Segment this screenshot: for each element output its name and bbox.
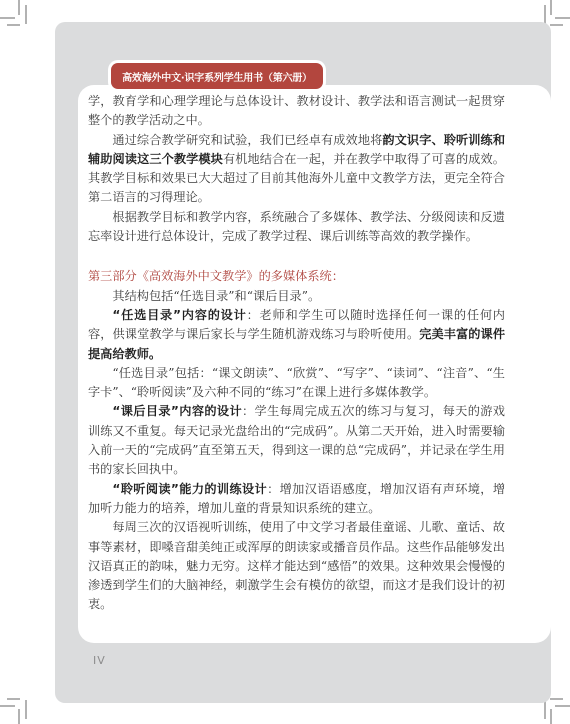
page-body-text: 学，教育学和心理学理论与总体设计、教材设计、教学法和语言测试一起贯穿整个的教学活…: [88, 92, 505, 615]
crop-mark-line: [550, 0, 552, 15]
paragraph: 其结构包括“任选目录”和“课后目录”。: [88, 287, 505, 306]
bold-text-segment: “课后目录”内容的设计: [112, 404, 242, 418]
crop-mark-line: [555, 705, 570, 707]
text-segment: 通过综合教学研究和试验，我们已经卓有成效地将: [112, 133, 382, 147]
crop-mark-line: [7, 24, 20, 26]
paragraph: “课后目录”内容的设计：学生每周完成五次的练习与复习，每天的游戏训练又不重复。每…: [88, 402, 505, 479]
text-segment: 学，教育学和心理学理论与总体设计、教材设计、教学法和语言测试一起贯穿整个的教学活…: [88, 94, 505, 127]
crop-mark-line: [18, 709, 20, 724]
page-number: IV: [93, 654, 106, 667]
text-segment: 根据教学目标和教学内容，系统融合了多媒体、教学法、分级阅读和反遗忘率设计进行总体…: [88, 210, 505, 243]
paragraph: “聆听阅读”能力的训练设计：增加汉语语感度，增加汉语有声环境，增加听力能力的培养…: [88, 480, 505, 519]
section-heading-paragraph: 第三部分《高效海外中文教学》的多媒体系统：: [88, 267, 505, 286]
crop-mark-line: [25, 5, 27, 24]
red-heading-text: 第三部分《高效海外中文教学》的多媒体系统：: [88, 269, 344, 283]
crop-mark-line: [7, 698, 20, 700]
series-banner-label: 高效海外中文·识字系列学生用书（第六册）: [122, 69, 312, 84]
crop-mark-line: [18, 0, 20, 15]
text-segment: “任选目录”包括：“课文朗读”、“欣赏”、“写字”、“读词”、“注音”、“生字卡…: [88, 366, 505, 399]
paragraph: “任选目录”内容的设计：老师和学生可以随时选择任何一课的任何内容，供课堂教学与课…: [88, 306, 505, 364]
crop-mark-line: [25, 700, 27, 719]
crop-mark-line: [544, 700, 546, 719]
crop-mark-line: [550, 698, 563, 700]
bold-text-segment: “任选目录”内容的设计: [112, 308, 246, 322]
crop-mark-line: [544, 5, 546, 24]
paragraph: 学，教育学和心理学理论与总体设计、教材设计、教学法和语言测试一起贯穿整个的教学活…: [88, 92, 505, 131]
bold-text-segment: “聆听阅读”能力的训练设计: [112, 482, 267, 496]
crop-mark-line: [0, 705, 15, 707]
crop-mark-line: [550, 24, 563, 26]
paragraph: “任选目录”包括：“课文朗读”、“欣赏”、“写字”、“读词”、“注音”、“生字卡…: [88, 364, 505, 403]
paragraph: 根据教学目标和教学内容，系统融合了多媒体、教学法、分级阅读和反遗忘率设计进行总体…: [88, 208, 505, 247]
text-segment: 每周三次的汉语视听训练，使用了中文学习者最佳童谣、儿歌、童话、故事等素材，即嗓音…: [88, 520, 505, 611]
paragraph: 通过综合教学研究和试验，我们已经卓有成效地将韵文识字、聆听训练和辅助阅读这三个教…: [88, 131, 505, 208]
crop-mark-line: [555, 17, 570, 19]
crop-mark-line: [550, 709, 552, 724]
scanned-book-page: 高效海外中文·识字系列学生用书（第六册） 学，教育学和心理学理论与总体设计、教材…: [0, 0, 570, 724]
series-banner: 高效海外中文·识字系列学生用书（第六册）: [111, 63, 323, 89]
crop-mark-line: [0, 17, 15, 19]
paragraph: 每周三次的汉语视听训练，使用了中文学习者最佳童谣、儿歌、童话、故事等素材，即嗓音…: [88, 518, 505, 614]
text-segment: 其结构包括“任选目录”和“课后目录”。: [112, 289, 320, 303]
